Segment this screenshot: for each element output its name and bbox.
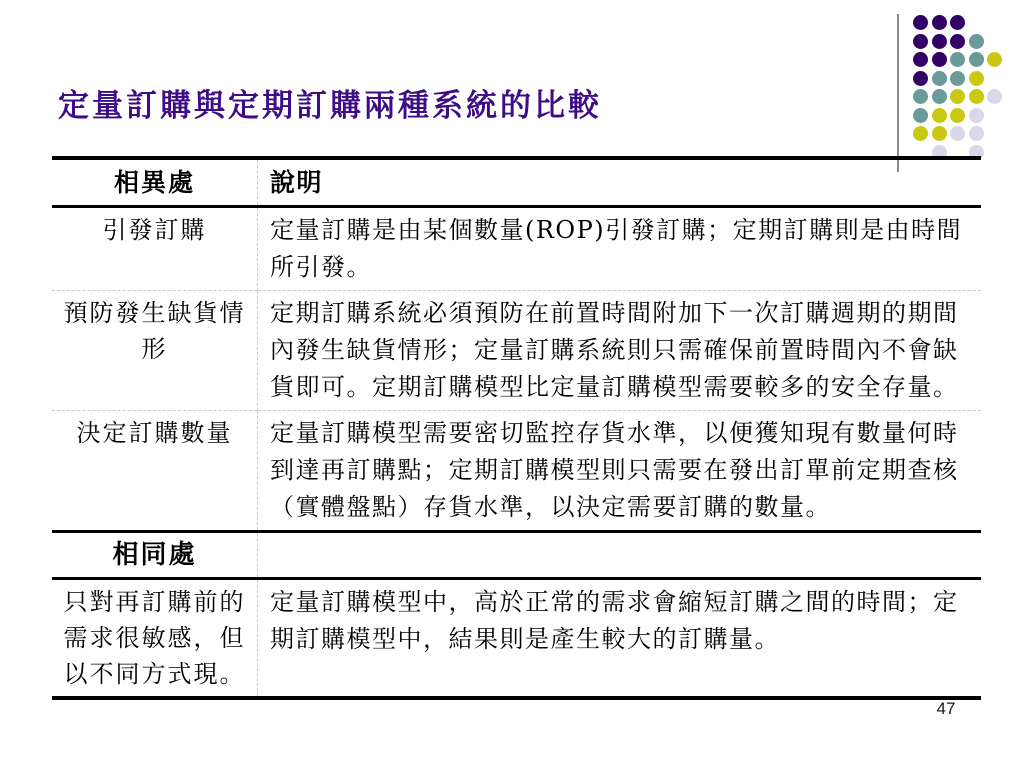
decor-dot [987, 52, 1002, 67]
decor-dot [932, 71, 947, 86]
decor-dot [950, 52, 965, 67]
decor-dot [969, 108, 984, 123]
decor-dot [932, 89, 947, 104]
table-row: 預防發生缺貨情 形 定期訂購系統必須預防在前置時間附加下一次訂購週期的期間 內發… [52, 291, 981, 411]
decor-dot [969, 34, 984, 49]
row-explanation: 定量訂購模型需要密切監控存貨水準，以便獲知現有數量何時 到達再訂購點；定期訂購模… [258, 411, 982, 532]
decor-dot [932, 126, 947, 141]
table-row: 引發訂購 定量訂購是由某個數量(ROP)引發訂購；定期訂購則是由時間 所引發。 [52, 207, 981, 291]
comparison-table: 相異處 說明 引發訂購 定量訂購是由某個數量(ROP)引發訂購；定期訂購則是由時… [52, 156, 981, 700]
similarities-header-row: 相同處 [52, 532, 981, 579]
decor-dot [932, 108, 947, 123]
decor-dot [950, 34, 965, 49]
section-header-similarities: 相同處 [52, 532, 258, 579]
row-aspect: 決定訂購數量 [52, 411, 258, 532]
page-number: 47 [916, 699, 976, 719]
decor-dot [932, 15, 947, 30]
decor-dot [969, 52, 984, 67]
decor-dot [969, 71, 984, 86]
page-title: 定量訂購與定期訂購兩種系統的比較 [58, 86, 602, 126]
table-row: 只對再訂購前的 需求很敏感，但 以不同方式現。 定量訂購模型中，高於正常的需求會… [52, 579, 981, 699]
decor-dot [950, 89, 965, 104]
decor-dot [987, 89, 1002, 104]
decor-dot [950, 15, 965, 30]
decor-dot [913, 52, 928, 67]
decor-dot [913, 126, 928, 141]
row-aspect: 引發訂購 [52, 207, 258, 291]
decor-dot [932, 34, 947, 49]
row-aspect: 只對再訂購前的 需求很敏感，但 以不同方式現。 [52, 579, 258, 699]
decor-dot [913, 89, 928, 104]
column-header-differences: 相異處 [52, 158, 258, 207]
table-header-row: 相異處 說明 [52, 158, 981, 207]
decor-dot [913, 108, 928, 123]
section-header-spacer [258, 532, 982, 579]
decor-dot [913, 71, 928, 86]
decor-dot [969, 89, 984, 104]
row-explanation: 定量訂購模型中，高於正常的需求會縮短訂購之間的時間；定 期訂購模型中，結果則是產… [258, 579, 982, 699]
decor-dot [913, 34, 928, 49]
decor-vertical-line [897, 14, 899, 172]
column-header-explanation: 說明 [258, 158, 982, 207]
row-explanation: 定量訂購是由某個數量(ROP)引發訂購；定期訂購則是由時間 所引發。 [258, 207, 982, 291]
slide: 定量訂購與定期訂購兩種系統的比較 相異處 說明 引發訂購 定量訂購是由某個數量(… [0, 0, 1024, 768]
decor-dot [969, 126, 984, 141]
dot-grid [913, 15, 1018, 175]
decor-dot [950, 126, 965, 141]
decor-dot [932, 52, 947, 67]
decor-dot [950, 108, 965, 123]
decor-dot [913, 15, 928, 30]
decor-dot [950, 71, 965, 86]
table-row: 決定訂購數量 定量訂購模型需要密切監控存貨水準，以便獲知現有數量何時 到達再訂購… [52, 411, 981, 532]
row-aspect: 預防發生缺貨情 形 [52, 291, 258, 411]
row-explanation: 定期訂購系統必須預防在前置時間附加下一次訂購週期的期間 內發生缺貨情形；定量訂購… [258, 291, 982, 411]
